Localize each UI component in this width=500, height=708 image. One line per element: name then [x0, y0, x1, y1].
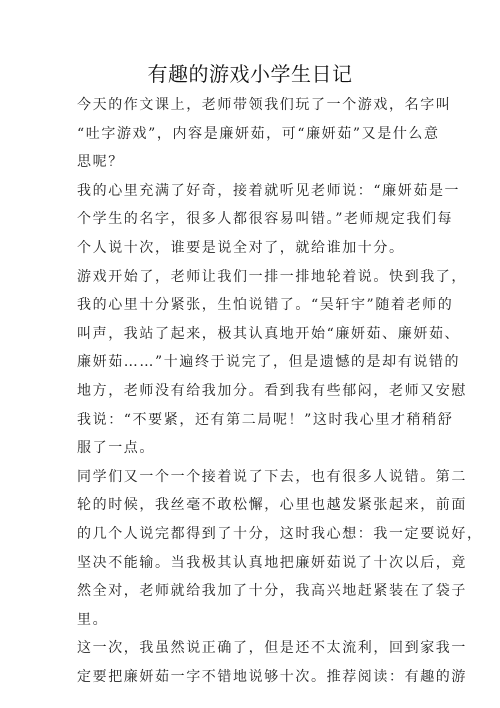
text-line: 个人说十次，谁要是说全对了，就给谁加十分。 — [77, 234, 422, 263]
document-page: 有趣的游戏小学生日记 今天的作文课上，老师带领我们玩了一个游戏，名字叫 “吐字游… — [0, 0, 500, 708]
text-line: 服了一点。 — [77, 434, 422, 463]
text-line: 坚决不能输。当我极其认真地把廉妍茹说了十次以后，竟 — [77, 549, 422, 578]
text-line: 廉妍茹……”十遍终于说完了，但是遗憾的是却有说错的 — [77, 348, 422, 377]
text-line: 轮的时候，我丝毫不敢松懈，心里也越发紧张起来，前面 — [77, 491, 422, 520]
text-line: 游戏开始了，老师让我们一排一排地轮着说。快到我了， — [77, 263, 422, 292]
text-line: 同学们又一个一个接着说了下去，也有很多人说错。第二 — [77, 463, 422, 492]
text-line: 我的心里充满了好奇，接着就听见老师说：“廉妍茹是一 — [77, 177, 422, 206]
text-line: 叫声，我站了起来，极其认真地开始“廉妍茹、廉妍茹、 — [77, 320, 422, 349]
text-line: 的几个人说完都得到了十分，这时我心想：我一定要说好， — [77, 520, 422, 549]
document-body: 今天的作文课上，老师带领我们玩了一个游戏，名字叫 “吐字游戏”，内容是廉妍茹，可… — [77, 91, 422, 691]
text-line: “吐字游戏”，内容是廉妍茹，可“廉妍茹”又是什么意 — [77, 120, 422, 149]
text-line: 地方，老师没有给我加分。看到我有些郁闷，老师又安慰 — [77, 377, 422, 406]
text-line: 思呢？ — [77, 148, 422, 177]
document-title: 有趣的游戏小学生日记 — [0, 60, 500, 88]
text-line: 我说：“不要紧，还有第二局呢！”这时我心里才稍稍舒 — [77, 406, 422, 435]
text-line: 个学生的名字，很多人都很容易叫错。”老师规定我们每 — [77, 205, 422, 234]
text-line: 里。 — [77, 606, 422, 635]
text-line: 然全对，老师就给我加了十分，我高兴地赶紧装在了袋子 — [77, 577, 422, 606]
text-line: 我的心里十分紧张，生怕说错了。“吴轩宇”随着老师的 — [77, 291, 422, 320]
text-line: 定要把廉妍茹一字不错地说够十次。推荐阅读：有趣的游 — [77, 663, 422, 692]
text-line: 这一次，我虽然说正确了，但是还不太流利，回到家我一 — [77, 634, 422, 663]
text-line: 今天的作文课上，老师带领我们玩了一个游戏，名字叫 — [77, 91, 422, 120]
